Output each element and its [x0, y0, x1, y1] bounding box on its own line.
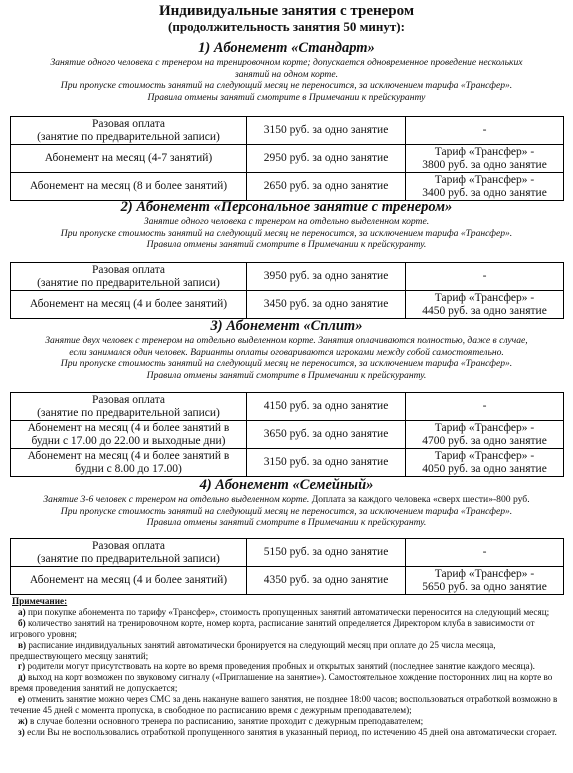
price-table-standard: Разовая оплата(занятие по предварительно…: [10, 116, 564, 201]
page-subtitle: (продолжительность занятия 50 минут):: [0, 19, 573, 34]
table-row: Абонемент на месяц (4-7 занятий) 2950 ру…: [11, 145, 564, 173]
description-line: занятий на одном корте.: [6, 69, 567, 81]
transfer-cell: Тариф «Трансфер» -4700 руб. за одно заня…: [406, 421, 564, 449]
table-row: Абонемент на месяц (4 и более занятий вб…: [11, 449, 564, 477]
price-cell: 4150 руб. за одно занятие: [247, 393, 406, 421]
transfer-cell: Тариф «Трансфер» -4450 руб. за одно заня…: [406, 291, 564, 319]
note-item: б) количество занятий на тренировочном к…: [10, 618, 566, 640]
note-item: ж) в случае болезни основного тренера по…: [10, 716, 566, 727]
tariff-type-cell: Абонемент на месяц (4 и более занятий): [11, 567, 247, 595]
price-table-family: Разовая оплата(занятие по предварительно…: [10, 538, 564, 595]
tariff-type-cell: Абонемент на месяц (8 и более занятий): [11, 173, 247, 201]
section-description: Занятие одного человека с тренером на тр…: [0, 57, 573, 103]
note-item: е) отменить занятие можно через СМС за д…: [10, 694, 566, 716]
notes: Примечание: а) при покупке абонемента по…: [10, 596, 566, 738]
transfer-cell: -: [406, 117, 564, 145]
transfer-cell: -: [406, 263, 564, 291]
tariff-type-cell: Абонемент на месяц (4 и более занятий): [11, 291, 247, 319]
table-row: Абонемент на месяц (4 и более занятий) 4…: [11, 567, 564, 595]
tariff-type-cell: Абонемент на месяц (4 и более занятий вб…: [11, 421, 247, 449]
price-cell: 3450 руб. за одно занятие: [247, 291, 406, 319]
section-title: 3) Абонемент «Сплит»: [0, 318, 573, 335]
transfer-cell: Тариф «Трансфер» -5650 руб. за одно заня…: [406, 567, 564, 595]
section-description: Занятие 3-6 человек с тренером на отдель…: [0, 494, 573, 529]
note-item: г) родители могут присутствовать на корт…: [10, 661, 566, 672]
table-row: Абонемент на месяц (4 и более занятий) 3…: [11, 291, 564, 319]
description-line: Занятие 3-6 человек с тренером на отдель…: [6, 494, 567, 506]
tariff-type-cell: Абонемент на месяц (4-7 занятий): [11, 145, 247, 173]
table-row: Абонемент на месяц (8 и более занятий) 2…: [11, 173, 564, 201]
description-line: Правила отмены занятий смотрите в Примеч…: [6, 239, 567, 251]
table-row: Разовая оплата(занятие по предварительно…: [11, 539, 564, 567]
description-line: Правила отмены занятий смотрите в Примеч…: [6, 370, 567, 382]
description-line: При пропуске стоимость занятий на следую…: [6, 228, 567, 240]
tariff-type-cell: Разовая оплата(занятие по предварительно…: [11, 117, 247, 145]
price-table-split: Разовая оплата(занятие по предварительно…: [10, 392, 564, 477]
table-row: Разовая оплата(занятие по предварительно…: [11, 393, 564, 421]
table-row: Абонемент на месяц (4 и более занятий вб…: [11, 421, 564, 449]
price-table-personal: Разовая оплата(занятие по предварительно…: [10, 262, 564, 319]
note-item: в) расписание индивидуальных занятий авт…: [10, 640, 566, 662]
note-item: а) при покупке абонемента по тарифу «Тра…: [10, 607, 566, 618]
description-line: При пропуске стоимость занятий на следую…: [6, 358, 567, 370]
description-line: Занятие одного человека с тренером на тр…: [6, 57, 567, 69]
price-cell: 4350 руб. за одно занятие: [247, 567, 406, 595]
price-cell: 3150 руб. за одно занятие: [247, 117, 406, 145]
section-description: Занятие одного человека с тренером на от…: [0, 216, 573, 251]
transfer-cell: Тариф «Трансфер» -3800 руб. за одно заня…: [406, 145, 564, 173]
tariff-type-cell: Разовая оплата(занятие по предварительно…: [11, 539, 247, 567]
description-line: если занимался один человек. Варианты оп…: [6, 347, 567, 359]
notes-heading: Примечание:: [10, 596, 566, 607]
section-title: 4) Абонемент «Семейный»: [0, 477, 573, 494]
note-item: з) если Вы не воспользовались отработкой…: [10, 727, 566, 738]
price-cell: 5150 руб. за одно занятие: [247, 539, 406, 567]
description-line: Правила отмены занятий смотрите в Примеч…: [6, 92, 567, 104]
description-line: При пропуске стоимость занятий на следую…: [6, 80, 567, 92]
table-row: Разовая оплата(занятие по предварительно…: [11, 263, 564, 291]
price-cell: 2950 руб. за одно занятие: [247, 145, 406, 173]
section-standard: 1) Абонемент «Стандарт» Занятие одного ч…: [0, 40, 573, 103]
section-family: 4) Абонемент «Семейный» Занятие 3-6 чело…: [0, 477, 573, 529]
tariff-type-cell: Разовая оплата(занятие по предварительно…: [11, 393, 247, 421]
section-split: 3) Абонемент «Сплит» Занятие двух челове…: [0, 318, 573, 381]
transfer-cell: Тариф «Трансфер» -3400 руб. за одно заня…: [406, 173, 564, 201]
transfer-cell: -: [406, 539, 564, 567]
note-item: д) выход на корт возможен по звуковому с…: [10, 672, 566, 694]
page-title: Индивидуальные занятия с тренером: [0, 3, 573, 19]
tariff-type-cell: Абонемент на месяц (4 и более занятий вб…: [11, 449, 247, 477]
description-line: Правила отмены занятий смотрите в Примеч…: [6, 517, 567, 529]
price-cell: 3650 руб. за одно занятие: [247, 421, 406, 449]
price-cell: 3150 руб. за одно занятие: [247, 449, 406, 477]
description-line: Занятие одного человека с тренером на от…: [6, 216, 567, 228]
transfer-cell: Тариф «Трансфер» -4050 руб. за одно заня…: [406, 449, 564, 477]
table-row: Разовая оплата(занятие по предварительно…: [11, 117, 564, 145]
section-title: 2) Абонемент «Персональное занятие с тре…: [0, 199, 573, 216]
price-cell: 3950 руб. за одно занятие: [247, 263, 406, 291]
price-cell: 2650 руб. за одно занятие: [247, 173, 406, 201]
section-description: Занятие двух человек с тренером на отдел…: [0, 335, 573, 381]
description-line: Занятие двух человек с тренером на отдел…: [6, 335, 567, 347]
header: Индивидуальные занятия с тренером (продо…: [0, 0, 573, 34]
transfer-cell: -: [406, 393, 564, 421]
section-title: 1) Абонемент «Стандарт»: [0, 40, 573, 57]
section-personal: 2) Абонемент «Персональное занятие с тре…: [0, 199, 573, 251]
tariff-type-cell: Разовая оплата(занятие по предварительно…: [11, 263, 247, 291]
description-line: При пропуске стоимость занятий на следую…: [6, 506, 567, 518]
